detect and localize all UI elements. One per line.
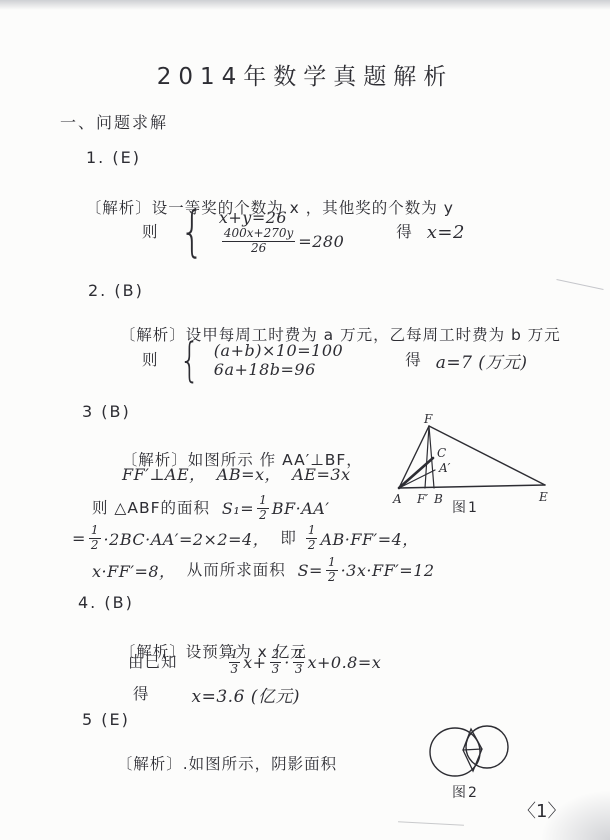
s1-equals: S₁= <box>222 499 254 518</box>
scan-scratch-right <box>556 279 603 290</box>
area-text: 则 △ABF的面积 <box>92 498 222 518</box>
vertex-label-E: E <box>538 490 548 504</box>
problem-2-equation-system: 则 { (a+b)×10=100 6a+18b=96 得 a=7 (万元) <box>142 332 528 388</box>
problem-1-equation-system: 则 { x+y=26 400x+270y 26 =280 得 x=2 <box>142 200 465 264</box>
equation-1: (a+b)×10=100 <box>214 341 343 360</box>
triangle-base-AE <box>399 485 545 488</box>
segment-FFprime <box>425 426 429 488</box>
point-label-Aprime: A′ <box>438 461 451 475</box>
fraction-one-third: 1 3 <box>229 648 241 677</box>
problem-4-heading: 4. (B) <box>78 593 134 612</box>
equation-2-rhs: =280 <box>298 232 344 251</box>
fraction-two-thirds: 2 3 <box>270 648 282 677</box>
equation-column: (a+b)×10=100 6a+18b=96 <box>214 341 343 379</box>
problem-3-line-4: = 1 2 ·2BC·AA′=2×2=4， 即 1 2 AB·FF′=4， <box>72 524 419 553</box>
page-number: 〈1〉 <box>518 797 565 823</box>
problem-4-equation-row: 由已知 1 3 x+ 2 3 · 2 3 x+0.8=x <box>128 648 381 677</box>
point-label-Fprime: F′ <box>416 492 428 506</box>
therefore-text: 从而所求面积 <box>187 560 298 580</box>
bf-aa-term: BF·AA′ <box>272 499 330 518</box>
then-label: 则 <box>142 222 159 242</box>
problem-5-heading: 5 (E) <box>82 710 130 729</box>
eq-part-a: x+ <box>243 653 266 672</box>
get-label: 得 <box>133 684 150 704</box>
problem-3-heading: 3 (B) <box>82 402 131 421</box>
point-label-C: C <box>437 446 446 460</box>
fraction-one-half: 1 2 <box>257 494 269 523</box>
multiplication-dot: · <box>284 653 290 672</box>
result-value: x=3.6 (亿元) <box>192 682 301 707</box>
given-label: 由已知 <box>128 652 178 672</box>
system-brace: { <box>179 337 199 383</box>
vertex-label-A: A <box>392 492 402 506</box>
problem-1-result: 得 x=2 <box>396 222 465 243</box>
page-title: 2014年数学真题解析 <box>0 58 610 91</box>
scan-edge-shadow-top <box>0 0 610 10</box>
triangle-figure: F C A′ A F′ B E <box>392 414 554 508</box>
scanned-page: 2014年数学真题解析 一、问题求解 1. (E) 〔解析〕设一等奖的个数为 x… <box>0 0 610 840</box>
then-label: 则 <box>142 350 159 370</box>
equals-sign: = <box>72 529 86 548</box>
x-ff-term: x·FF′=8， <box>92 559 187 582</box>
fraction-one-half: 1 2 <box>306 524 318 553</box>
final-area-term: ·3x·FF′=12 <box>341 561 435 580</box>
eq-part-b: x+0.8=x <box>307 653 381 672</box>
equation-1: x+y=26 <box>219 208 344 227</box>
problem-3-line-2: FF′⊥AE， AB=x， AE=3x <box>122 462 351 485</box>
fraction-two-thirds: 2 3 <box>293 648 305 677</box>
result-value: x=2 <box>427 222 465 243</box>
triangle-side-FE <box>429 426 545 485</box>
fraction-400x-270y-over-26: 400x+270y 26 <box>222 227 295 256</box>
figure-2-caption: 图2 <box>452 782 479 802</box>
get-label: 得 <box>396 222 413 242</box>
get-label: 得 <box>405 350 422 370</box>
triangle-side-AF <box>399 426 429 488</box>
fraction-one-half: 1 2 <box>326 556 338 585</box>
problem-3-line-3: 则 △ABF的面积 S₁= 1 2 BF·AA′ <box>92 494 329 523</box>
equation-column: x+y=26 400x+270y 26 =280 <box>219 208 344 256</box>
problem-4-result-row: 得 x=3.6 (亿元) <box>133 682 300 707</box>
bc-aa-term: ·2BC·AA′=2×2=4， <box>104 527 281 550</box>
s-equals: S= <box>298 561 323 580</box>
equation-2: 6a+18b=96 <box>214 360 343 379</box>
vertex-label-F: F <box>423 414 433 426</box>
result-value: a=7 (万元) <box>436 348 528 373</box>
that-is-label: 即 <box>280 528 302 548</box>
problem-2-result: 得 a=7 (万元) <box>405 348 527 373</box>
system-brace: { <box>180 205 204 259</box>
equation-2: 400x+270y 26 =280 <box>219 227 344 256</box>
point-label-B: B <box>433 492 443 506</box>
problem-2-heading: 2. (B) <box>88 281 144 300</box>
scan-scratch-bottom <box>398 821 464 825</box>
figure-1-caption: 图1 <box>452 497 479 517</box>
problem-1-heading: 1. (E) <box>86 148 141 167</box>
problem-5-solution-line: 〔解析〕.如图所示，阴影面积 <box>93 734 337 794</box>
section-heading: 一、问题求解 <box>60 110 168 133</box>
solution-label: 〔解析〕. <box>117 755 189 773</box>
problem-5-text: 如图所示，阴影面积 <box>189 755 338 773</box>
venn-figure <box>424 718 526 786</box>
ab-ff-term: AB·FF′=4， <box>320 527 418 550</box>
problem-3-line-5: x·FF′=8， 从而所求面积 S= 1 2 ·3x·FF′=12 <box>92 556 435 585</box>
fraction-one-half: 1 2 <box>89 524 101 553</box>
